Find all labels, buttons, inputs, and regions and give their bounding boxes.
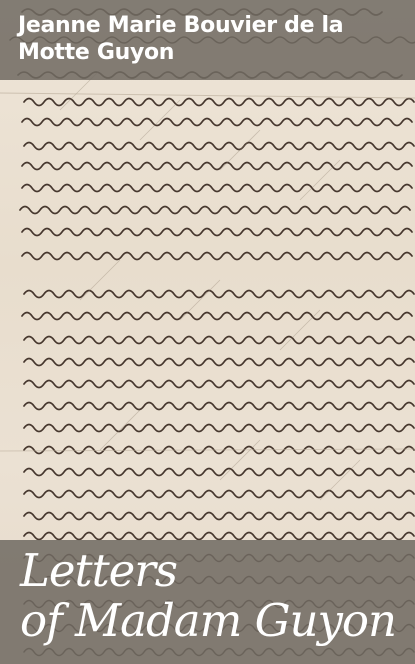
book-title: Letters of Madam Guyon bbox=[20, 546, 415, 646]
book-cover: Jeanne Marie Bouvier de la Motte Guyon L… bbox=[0, 0, 415, 664]
book-title-line-1: Letters bbox=[20, 546, 415, 596]
book-title-line-2: of Madam Guyon bbox=[20, 596, 415, 646]
author-name: Jeanne Marie Bouvier de la Motte Guyon bbox=[18, 12, 408, 66]
